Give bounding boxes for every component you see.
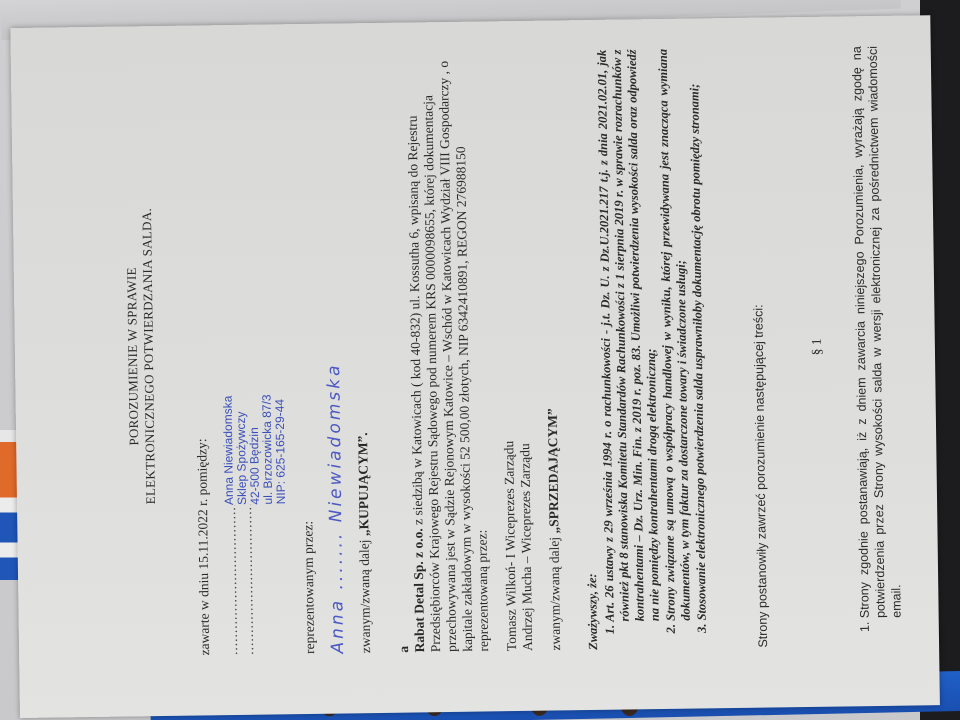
buyer-role: „KUPUJĄCYM”. — [355, 432, 371, 536]
buyer-stamp: Anna Niewiadomska Sklep Spożywczy 42-500… — [222, 394, 289, 505]
recital-item: Art. 26 ustawy z 29 września 1994 r. o r… — [595, 49, 663, 622]
document-page: POROZUMIENIE W SPRAWIE ELEKTRONICZNEGO P… — [10, 15, 940, 718]
document-title: POROZUMIENIE W SPRAWIE ELEKTRONICZNEGO P… — [121, 56, 161, 656]
buyer-stamp-block: ........................................… — [217, 54, 290, 655]
section-mark: § 1 — [805, 47, 829, 647]
document-content: POROZUMIENIE W SPRAWIE ELEKTRONICZNEGO P… — [121, 46, 905, 657]
dotted-line: ........................................… — [223, 505, 257, 655]
clause-item: Strony zgodnie postanawiają, iż z dniem … — [849, 46, 905, 619]
seller-name: Rabat Detal Sp. z o.o. — [410, 528, 427, 652]
stamp-line: NIP: 625-165-29-44 — [274, 394, 289, 504]
clauses: Strony zgodnie postanawiają, iż z dniem … — [849, 46, 905, 647]
recitals: Zważywszy, że: Art. 26 ustawy z 29 wrześ… — [578, 48, 710, 650]
seller-description: Rabat Detal Sp. z o.o. z siedzibą w Kato… — [404, 52, 476, 653]
seller-role: „SPRZEDAJĄCYM” — [545, 408, 562, 533]
